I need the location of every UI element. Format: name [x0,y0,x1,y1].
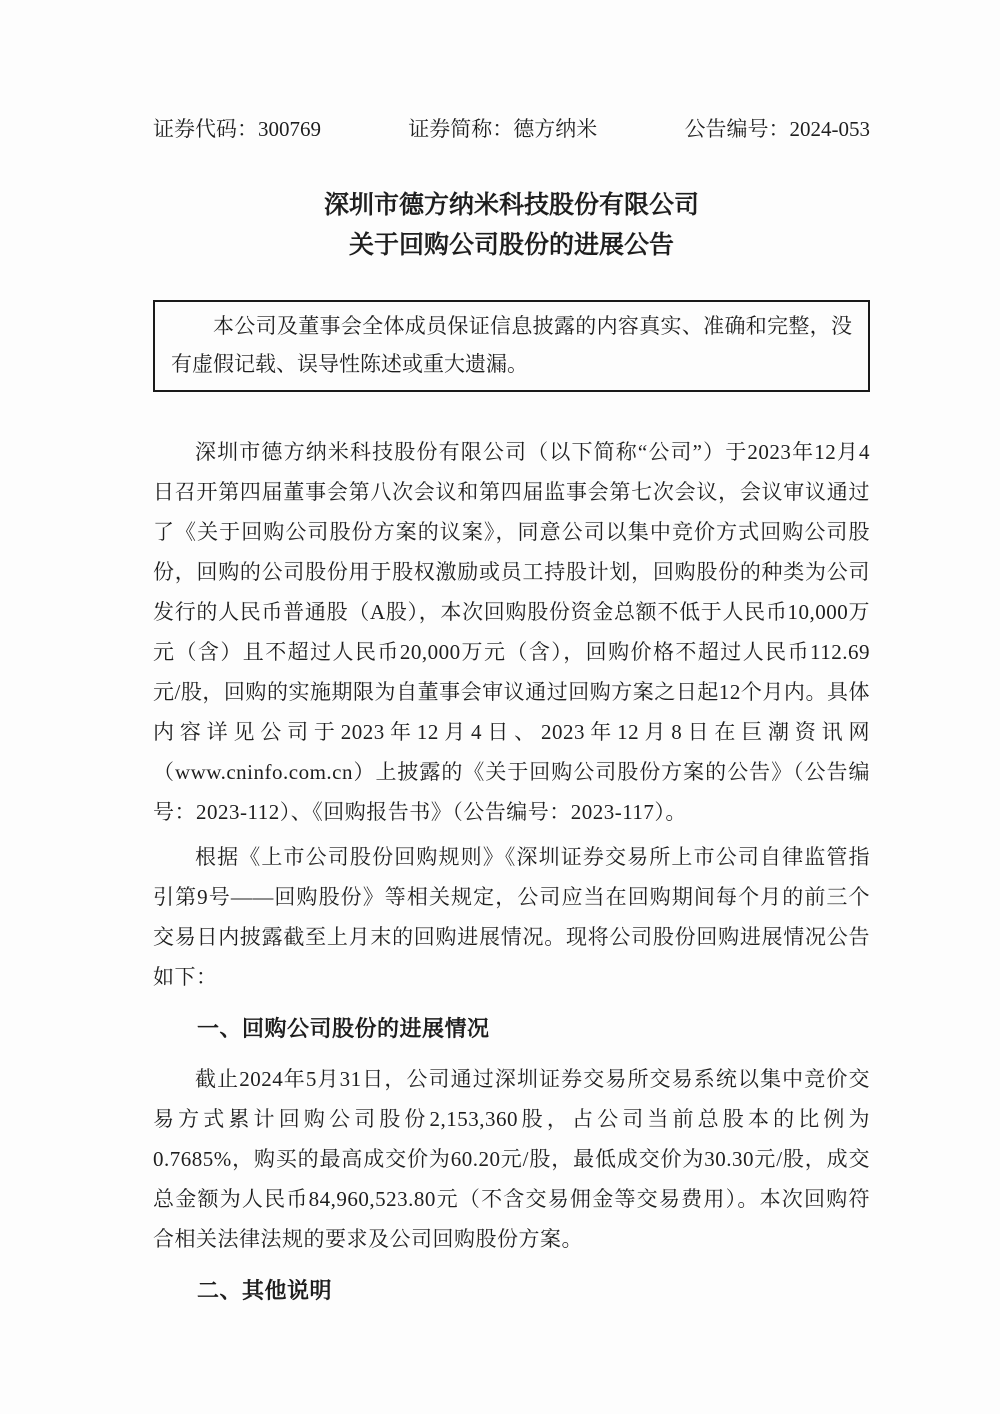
stock-short-name: 证券简称：德方纳米 [408,116,597,142]
company-name-title: 深圳市德方纳米科技股份有限公司 [153,190,870,222]
announcement-number: 公告编号：2024-053 [685,116,871,142]
announcement-title: 关于回购公司股份的进展公告 [153,230,870,262]
disclaimer-text: 本公司及董事会全体成员保证信息披露的内容真实、准确和完整，没有虚假记载、误导性陈… [171,307,852,383]
section-1-progress-paragraph: 截止2024年5月31日，公司通过深圳证券交易所交易系统以集中竞价交易方式累计回… [153,1059,870,1259]
disclaimer-box: 本公司及董事会全体成员保证信息披露的内容真实、准确和完整，没有虚假记载、误导性陈… [153,300,870,392]
doc-header: 证券代码：300769 证券简称：德方纳米 公告编号：2024-053 [153,116,870,142]
paragraph-buyback-plan: 深圳市德方纳米科技股份有限公司（以下简称“公司”）于2023年12月4日召开第四… [153,432,870,832]
stock-code: 证券代码：300769 [153,116,321,142]
title-block: 深圳市德方纳米科技股份有限公司 关于回购公司股份的进展公告 [153,190,870,262]
announcement-document: 证券代码：300769 证券简称：德方纳米 公告编号：2024-053 深圳市德… [0,0,1000,1414]
section-1-heading: 一、回购公司股份的进展情况 [153,1009,870,1049]
section-2-heading: 二、其他说明 [153,1271,870,1311]
paragraph-disclosure-rules: 根据《上市公司股份回购规则》《深圳证券交易所上市公司自律监管指引第9号——回购股… [153,837,870,997]
